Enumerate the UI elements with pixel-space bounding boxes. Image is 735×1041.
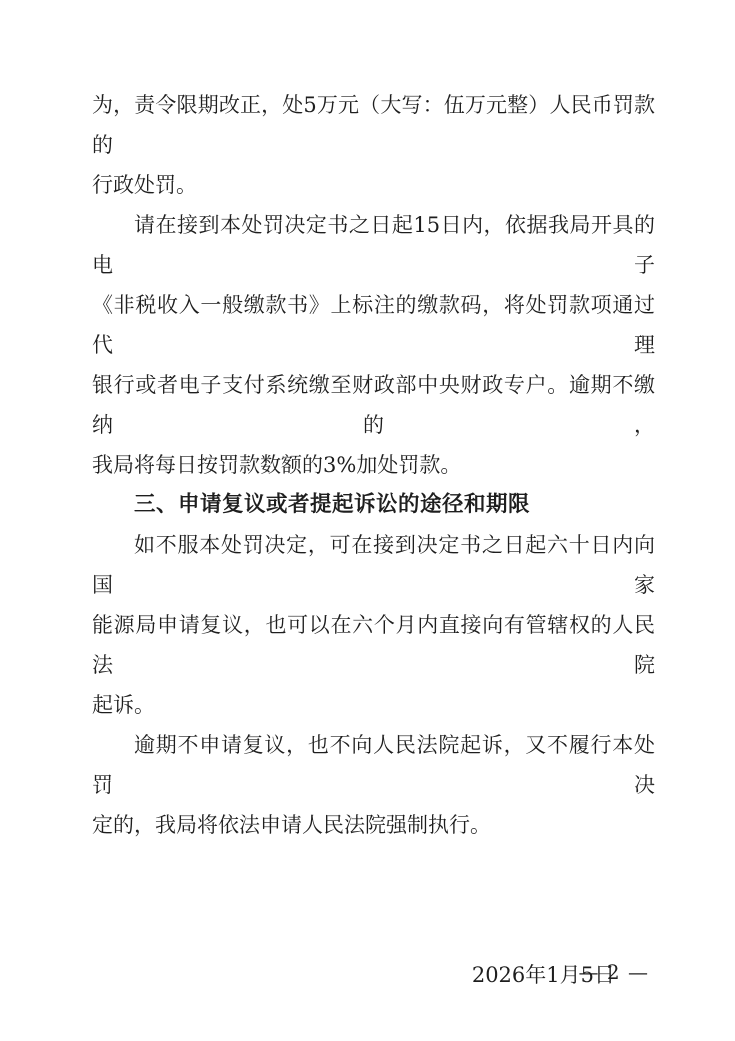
- body-line: 银行或者电子支付系统缴至财政部中央财政专户。逾期不缴纳的，: [92, 365, 655, 445]
- section-heading: 三、申请复议或者提起诉讼的途径和期限: [92, 485, 655, 525]
- body-line: 起诉。: [92, 685, 655, 725]
- body-line: 能源局申请复议，也可以在六个月内直接向有管辖权的人民法院: [92, 605, 655, 685]
- document-body: 为，责令限期改正，处5万元（大写：伍万元整）人民币罚款的 行政处罚。 请在接到本…: [92, 85, 655, 995]
- body-line: 如不服本处罚决定，可在接到决定书之日起六十日内向国家: [92, 525, 655, 605]
- body-line: 为，责令限期改正，处5万元（大写：伍万元整）人民币罚款的: [92, 85, 655, 165]
- body-line: 《非税收入一般缴款书》上标注的缴款码，将处罚款项通过代理: [92, 285, 655, 365]
- signature-date: 2026年1月5日: [92, 955, 655, 995]
- body-line: 请在接到本处罚决定书之日起15日内，依据我局开具的电子: [92, 205, 655, 285]
- page-number: — 2 —: [579, 958, 649, 986]
- body-line: 逾期不申请复议，也不向人民法院起诉，又不履行本处罚决: [92, 725, 655, 805]
- body-line: 行政处罚。: [92, 165, 655, 205]
- document-page: 为，责令限期改正，处5万元（大写：伍万元整）人民币罚款的 行政处罚。 请在接到本…: [0, 0, 735, 1041]
- body-line: 定的，我局将依法申请人民法院强制执行。: [92, 805, 655, 845]
- body-line: 我局将每日按罚款数额的3%加处罚款。: [92, 445, 655, 485]
